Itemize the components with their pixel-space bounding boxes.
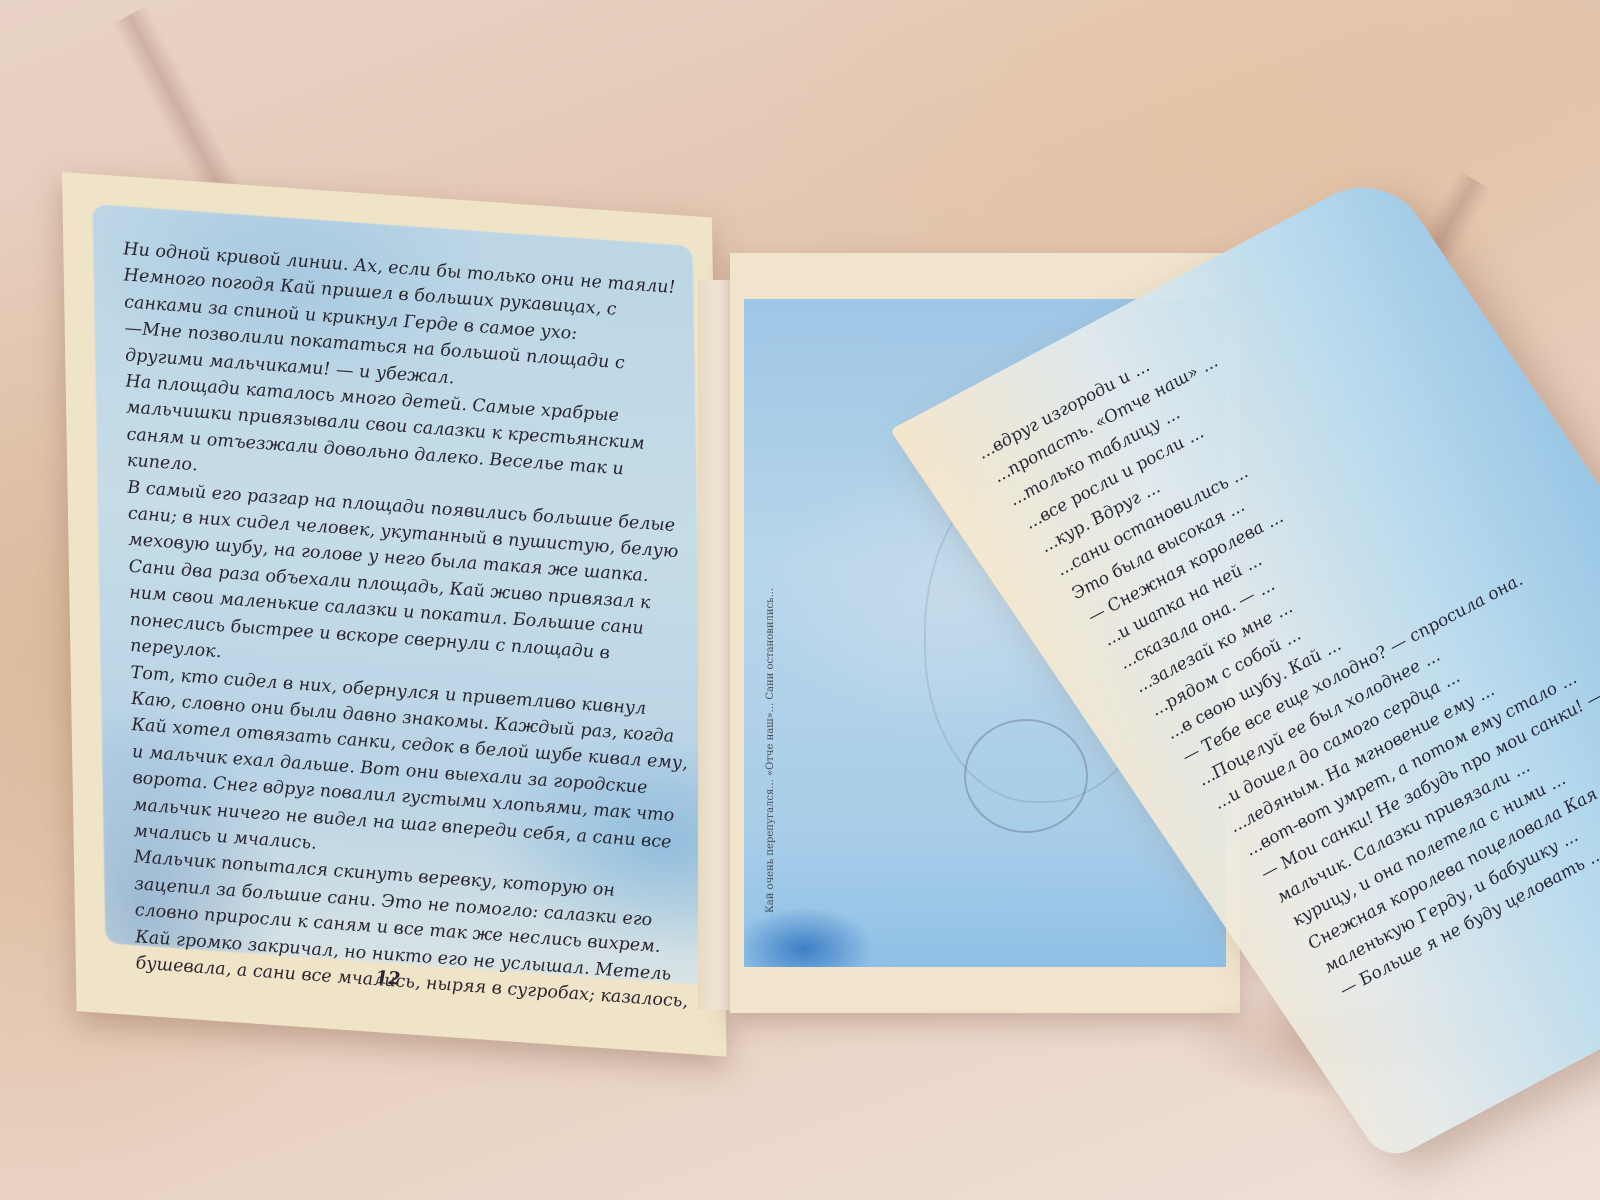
left-page-text: Ни одной кривой линии. Ах, если бы тольк… — [123, 236, 696, 1016]
left-page: Ни одной кривой линии. Ах, если бы тольк… — [62, 172, 727, 1057]
open-book: Ни одной кривой линии. Ах, если бы тольк… — [0, 0, 1600, 1200]
page-number: 12 — [375, 967, 400, 990]
